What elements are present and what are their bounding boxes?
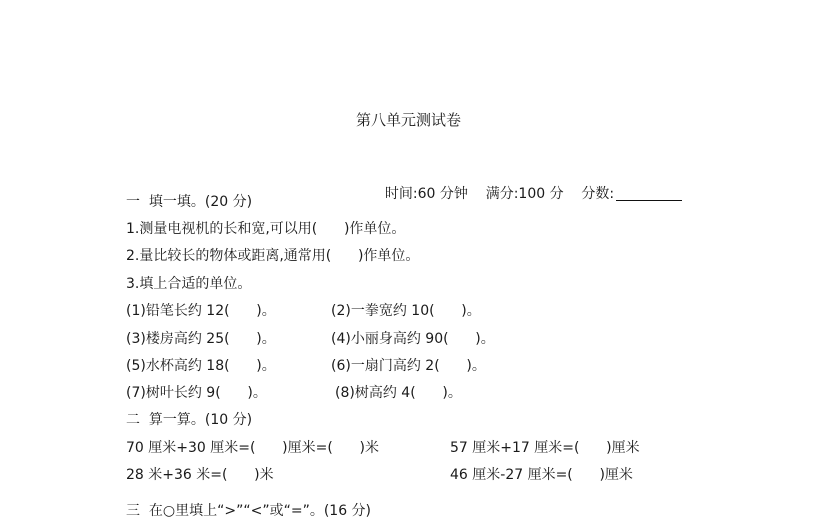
- unit-item: (2)一拳宽约 10( )。: [331, 302, 481, 320]
- unit-item: (5)水杯高约 18( )。: [126, 357, 276, 375]
- full-score: 满分:100 分: [486, 186, 564, 202]
- exam-meta: 时间:60 分钟 满分:100 分 分数:: [376, 167, 682, 203]
- page-title: 第八单元测试卷: [356, 111, 461, 129]
- unit-item: (8)树高约 4( )。: [335, 384, 462, 402]
- question-1: 1.测量电视机的长和宽,可以用( )作单位。: [126, 220, 405, 238]
- question-3: 3.填上合适的单位。: [126, 275, 251, 293]
- score-blank[interactable]: [616, 186, 682, 201]
- section1-heading: 一 填一填。(20 分): [126, 193, 252, 211]
- calc-item: 28 米+36 米=( )米: [126, 466, 274, 484]
- calc-item: 46 厘米-27 厘米=( )厘米: [450, 466, 633, 484]
- unit-item: (3)楼房高约 25( )。: [126, 330, 276, 348]
- time-limit: 时间:60 分钟: [385, 186, 468, 202]
- score-label: 分数:: [581, 186, 614, 202]
- calc-item: 70 厘米+30 厘米=( )厘米=( )米: [126, 439, 379, 457]
- calc-item: 57 厘米+17 厘米=( )厘米: [450, 439, 640, 457]
- unit-item: (6)一扇门高约 2( )。: [331, 357, 486, 375]
- unit-item: (4)小丽身高约 90( )。: [331, 330, 495, 348]
- question-2: 2.量比较长的物体或距离,通常用( )作单位。: [126, 247, 419, 265]
- unit-item: (7)树叶长约 9( )。: [126, 384, 267, 402]
- section3-heading: 三 在○里填上“>”“<”或“=”。(16 分): [126, 502, 371, 520]
- section2-heading: 二 算一算。(10 分): [126, 411, 252, 429]
- unit-item: (1)铅笔长约 12( )。: [126, 302, 276, 320]
